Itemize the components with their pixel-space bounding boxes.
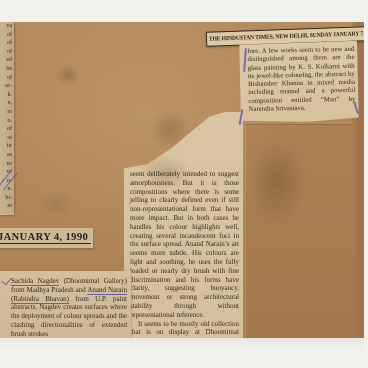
scanner-margin-top bbox=[0, 0, 368, 22]
date-stamp-text: JANUARY 4, 1990 bbox=[0, 232, 91, 244]
date-stamp-clipping: JANUARY 4, 1990 bbox=[0, 228, 93, 248]
masthead-text: THE HINDUSTAN TIMES, NEW DELHI, SUNDAY J… bbox=[207, 30, 366, 42]
kraft-paper-dark-patch bbox=[246, 124, 352, 339]
article-bottom-left-text: Sachida Nagdev (Dhoomimal Gallery) from … bbox=[11, 277, 127, 338]
article-top-right-text: fore. A few works seem to be new and dis… bbox=[247, 46, 355, 115]
scanner-margin-right bbox=[364, 0, 368, 368]
article-middle-paragraph-1: seem deliberately intended to suggest am… bbox=[130, 170, 239, 320]
artist-name-underlined: Sachida Nagdev bbox=[11, 277, 59, 286]
article-top-right-clipping: fore. A few works seem to be new and dis… bbox=[239, 41, 359, 123]
scanner-margin-bottom bbox=[0, 338, 368, 368]
scanned-scrapbook-page: va of of of ed be of ur- k. n. m o. of s… bbox=[0, 0, 368, 368]
article-middle-paragraph-2: It seems to be mostly old collection tha… bbox=[130, 320, 239, 338]
article-bottom-left-clipping: Sachida Nagdev (Dhoomimal Gallery) from … bbox=[0, 271, 131, 338]
